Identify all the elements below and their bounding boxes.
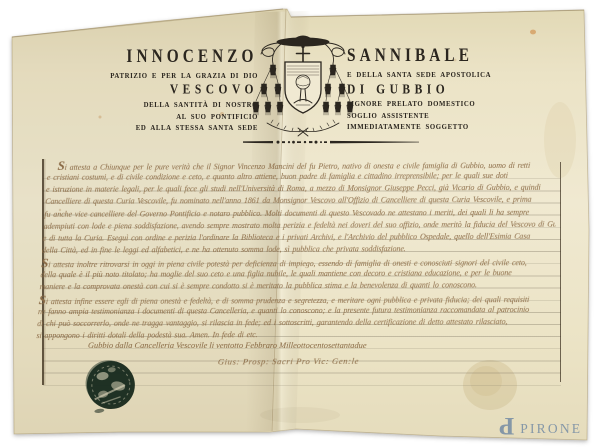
photo-of-document: INNOCENZO PATRIZIO E PER LA GRAZIA DI DI… bbox=[0, 0, 600, 447]
letterhead-left-column: INNOCENZO PATRIZIO E PER LA GRAZIA DI DI… bbox=[40, 46, 258, 132]
bishop-rank: VESCOVO bbox=[170, 83, 258, 97]
ink-seal-stamp bbox=[83, 356, 141, 416]
watermark-brand-text: PIRONE bbox=[520, 421, 582, 436]
bishop-coat-of-arms-icon bbox=[251, 31, 355, 141]
letterhead-right-column: SANNIBALE E DELLA SANTA SEDE APOSTOLICA … bbox=[347, 46, 562, 131]
pirone-logo-icon: P bbox=[499, 414, 514, 436]
photo-watermark: P PIRONE bbox=[499, 414, 582, 436]
letterhead-left-line1: PATRIZIO E PER LA GRAZIA DI DIO bbox=[40, 73, 258, 80]
letterhead-right-line4: IMMEDIATAMENTE SOGGETTO bbox=[347, 124, 562, 131]
letterhead-right-line1: E DELLA SANTA SEDE APOSTOLICA bbox=[347, 72, 562, 79]
bishop-last-name: SANNIBALE bbox=[347, 46, 566, 67]
manuscript-body: Si attesta a Chiunque per le pure verità… bbox=[36, 158, 560, 342]
manuscript-line: e di tutta la Curia. Eseguì con ordine e… bbox=[42, 231, 555, 245]
manuscript-line: di chi può soccorrerlo, onde ne tragga v… bbox=[37, 316, 550, 330]
letterhead-left-line2: DELLA SANTITÀ DI NOSTRO bbox=[40, 102, 258, 109]
ornamental-divider bbox=[243, 139, 419, 146]
right-margin-rule bbox=[560, 162, 561, 382]
manuscript-line: si appongono i diritti dotali della pode… bbox=[36, 328, 549, 342]
letterhead-left-line3: AL SUO PONTIFICIO bbox=[40, 114, 258, 121]
letterhead-right-line3: SOGLIO ASSISTENTE bbox=[347, 113, 562, 120]
laurel-branches bbox=[267, 120, 339, 136]
letterhead-right-line2: SIGNORE PRELATO DOMESTICO bbox=[347, 101, 562, 108]
letterhead-left-line4: ED ALLA STESSA SANTA SEDE bbox=[40, 125, 258, 132]
chancellor-signature: Gius: Prosp: Sacri Pro Vic: Gen:le bbox=[217, 355, 438, 366]
diocese-name: DI GUBBIO bbox=[347, 83, 449, 97]
manuscript-dateline: Gubbio dalla Cancelleria Vescovile li ve… bbox=[88, 341, 419, 350]
bishop-first-name: INNOCENZO bbox=[127, 47, 258, 68]
